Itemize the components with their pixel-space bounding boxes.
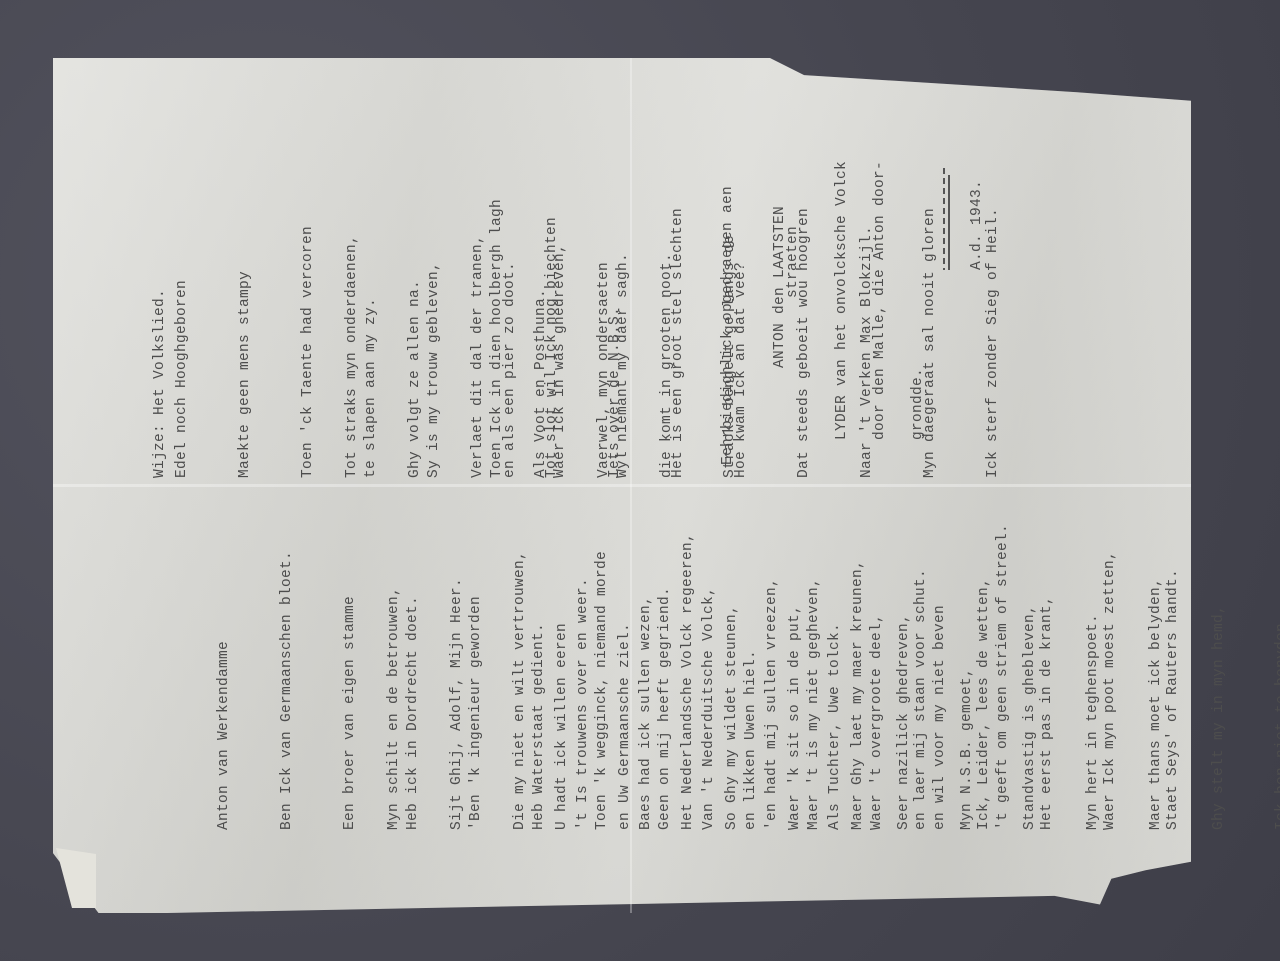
left-stanza-5: Seer nazilick ghedreven, Myn N.S.B. gemo… <box>852 578 1280 830</box>
horizontal-fold-line <box>53 484 1191 487</box>
folded-corner <box>56 848 96 908</box>
document-date: A.d. 1943. <box>925 180 1009 270</box>
dedication-line-4: grondde. <box>866 368 950 440</box>
date-dashed-rule <box>943 168 945 270</box>
date-underline <box>948 175 950 270</box>
